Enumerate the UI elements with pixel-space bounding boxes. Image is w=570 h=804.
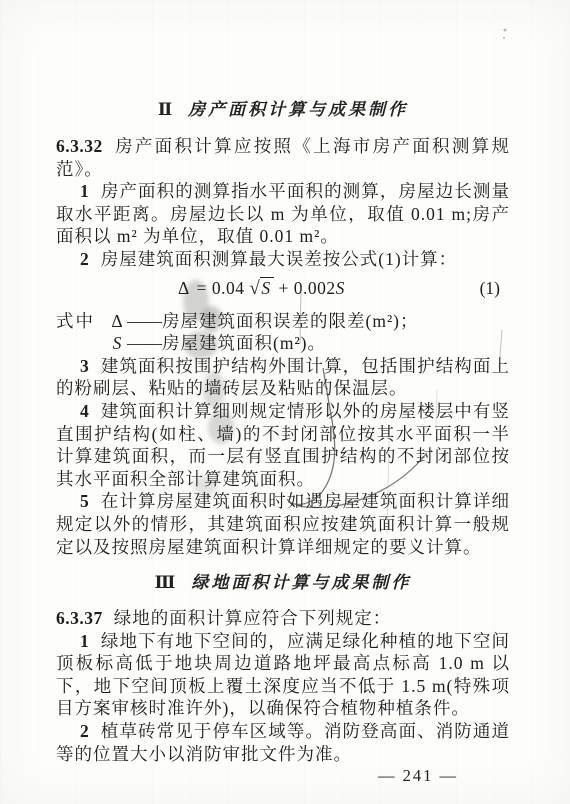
section-2-title: 房产面积计算与成果制作: [188, 100, 408, 119]
item-text: 在计算房屋建筑面积时如遇房屋建筑面积计算详细规定以外的情形，其建筑面积应按建筑面…: [56, 491, 510, 556]
clause-6-3-37-text: 绿地的面积计算应符合下列规定：: [114, 608, 392, 628]
clause-6-3-37: 6.3.37绿地的面积计算应符合下列规定：: [56, 607, 510, 630]
item-text: 建筑面积计算细则规定情形以外的房屋楼层中有竖直围护结构(如柱、墙)的不封闭部位按…: [56, 401, 510, 489]
clause-6-3-32-number: 6.3.32: [56, 136, 103, 156]
section-2-numeral: Ⅱ: [158, 100, 172, 119]
clause-6-3-37-number: 6.3.37: [56, 608, 103, 628]
formula-variable: S: [336, 278, 345, 298]
section-3-numeral: Ⅲ: [155, 573, 176, 592]
item-text: 绿地下有地下空间的，应满足绿化种植的地下空间顶板标高低于地块周边道路地坪最高点标…: [56, 631, 510, 719]
where-dash: ——: [127, 311, 162, 331]
section-3-title: 绿地面积计算与成果制作: [191, 573, 411, 592]
where-definitions: Δ——房屋建筑面积误差的限差(m²)； S——房屋建筑面积(m²)。: [108, 310, 419, 355]
where-symbol-delta: Δ: [108, 310, 127, 333]
clause-6-3-32-text: 房产面积计算应按照《上海市房产面积测算规范》。: [56, 136, 510, 179]
formula-1: Δ = 0.04 √S + 0.002S (1): [56, 278, 510, 300]
item-text: 建筑面积按围护结构外围计算，包括围护结构面上的粉刷层、粘贴的墙砖层及粘贴的保温层…: [56, 356, 510, 399]
clause-6-3-32-item-1: 1房产面积的测算指水平面积的测算，房屋边长测量取水平距离。房屋边长以 m 为单位…: [56, 180, 510, 248]
where-desc-s: 房屋建筑面积(m²)。: [162, 333, 326, 353]
scanned-document-page: Ⅱ房产面积计算与成果制作 6.3.32房产面积计算应按照《上海市房产面积测算规范…: [0, 0, 570, 804]
formula-where-block: 式中 Δ——房屋建筑面积误差的限差(m²)； S——房屋建筑面积(m²)。: [56, 310, 510, 355]
item-number: 1: [80, 181, 90, 201]
formula-number: (1): [480, 278, 510, 299]
section-heading-2: Ⅱ房产面积计算与成果制作: [56, 95, 510, 120]
clause-6-3-32-item-2: 2房屋建筑面积测算最大误差按公式(1)计算：: [56, 248, 510, 271]
formula-expression: Δ = 0.04 √S + 0.002S: [178, 278, 345, 300]
page-content: Ⅱ房产面积计算与成果制作 6.3.32房产面积计算应按照《上海市房产面积测算规范…: [56, 95, 510, 786]
corner-artifact: [503, 29, 507, 40]
formula-equals: = 0.04: [197, 278, 245, 298]
item-number: 4: [80, 401, 90, 421]
where-definition-s: S——房屋建筑面积(m²)。: [108, 332, 419, 355]
item-text: 房产面积的测算指水平面积的测算，房屋边长测量取水平距离。房屋边长以 m 为单位，…: [56, 181, 510, 246]
clause-6-3-37-item-1: 1绿地下有地下空间的，应满足绿化种植的地下空间顶板标高低于地块周边道路地坪最高点…: [56, 630, 510, 720]
clause-6-3-32-item-4: 4建筑面积计算细则规定情形以外的房屋楼层中有竖直围护结构(如柱、墙)的不封闭部位…: [56, 400, 510, 490]
where-definition-delta: Δ——房屋建筑面积误差的限差(m²)；: [108, 310, 419, 333]
formula-delta-symbol: Δ: [178, 278, 190, 298]
sqrt-radicand: S: [260, 277, 273, 298]
where-label: 式中: [56, 310, 95, 355]
page-number: — 241 —: [56, 766, 510, 786]
item-text: 房屋建筑面积测算最大误差按公式(1)计算：: [101, 249, 457, 269]
item-number: 5: [80, 491, 90, 511]
clause-6-3-32-item-5: 5在计算房屋建筑面积时如遇房屋建筑面积计算详细规定以外的情形，其建筑面积应按建筑…: [56, 490, 510, 558]
formula-plus-term: + 0.002: [278, 278, 335, 298]
item-number: 2: [80, 721, 90, 741]
item-text: 植草砖常见于停车区域等。消防登高面、消防通道等的位置大小以消防审批文件为准。: [56, 721, 510, 764]
clause-6-3-32: 6.3.32房产面积计算应按照《上海市房产面积测算规范》。: [56, 135, 510, 180]
clause-6-3-32-item-3: 3建筑面积按围护结构外围计算，包括围护结构面上的粉刷层、粘贴的墙砖层及粘贴的保温…: [56, 355, 510, 400]
where-dash: ——: [127, 333, 162, 353]
where-desc-delta: 房屋建筑面积误差的限差(m²)；: [162, 311, 419, 331]
item-number: 1: [80, 631, 90, 651]
clause-6-3-37-item-2: 2植草砖常见于停车区域等。消防登高面、消防通道等的位置大小以消防审批文件为准。: [56, 720, 510, 765]
where-symbol-s: S: [108, 332, 127, 355]
section-heading-3: Ⅲ绿地面积计算与成果制作: [56, 568, 510, 593]
item-number: 2: [80, 249, 90, 269]
item-number: 3: [80, 356, 90, 376]
sqrt-radical-sign: √: [249, 278, 260, 299]
